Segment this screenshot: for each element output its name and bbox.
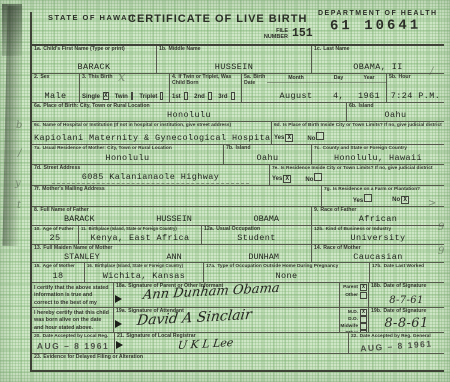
field-mother-residence: 7a.Usual Residence of Mother: City, Town…: [32, 145, 224, 164]
margin-mark: 9: [438, 222, 444, 233]
field-child-last-name: 1c.Last Name OBAMA, II: [312, 46, 444, 73]
birth-certificate-document: STATE OF HAWAII CERTIFICATE OF LIVE BIRT…: [0, 0, 450, 382]
father-race-value: African: [314, 214, 442, 225]
mother-occupation-value: None: [206, 271, 367, 282]
father-occupation-value: Student: [204, 233, 309, 244]
residence-limits-yes-checkbox: X: [283, 175, 291, 183]
row-parent-signature: I certify that the above stated informat…: [32, 283, 444, 308]
field-date-last-worked: 17b.Date Last Worked: [370, 263, 444, 282]
file-number-label: FILE NUMBER: [258, 28, 288, 41]
handwritten-tick: /: [430, 66, 433, 77]
birth-month-value: August: [267, 91, 325, 102]
signature-arrow-icon: [115, 295, 122, 303]
triplet-checkbox: [160, 92, 163, 100]
sex-value: Male: [34, 91, 77, 102]
field-parent-signature: 18a.Signature of Parent or Other Informa…: [114, 283, 340, 307]
midwife-checkbox: [360, 323, 367, 330]
row-father-details: 10.Age of Father 25 11.Birthplace (Islan…: [32, 226, 444, 245]
field-father-race: 9.Race of Father African: [312, 207, 444, 225]
second-born-checkbox: [208, 92, 212, 100]
reg-general-date-stamp: AUG – 8 1961: [351, 338, 443, 353]
margin-mark: 9: [438, 246, 444, 257]
field-place-of-birth: 6a.Place of Birth: City, Town or Rural L…: [32, 103, 347, 121]
residence-limits-no-checkbox: [314, 173, 322, 181]
field-farm-plantation: 7g.Is Residence on a Farm or Plantation?…: [322, 186, 444, 206]
field-date-accepted-local: 20.Date Accepted by Local Reg. AUG – 8 1…: [32, 333, 115, 353]
field-twin-order: 4.If Twin or Triplet, Was Child Born 1st…: [170, 74, 242, 102]
row-hospital: 6c.Name of Hospital or Institution (If n…: [32, 122, 444, 145]
birth-limits-yes-checkbox: X: [285, 134, 293, 142]
parent-signature-value: Ann Dunham Obama: [142, 283, 339, 303]
row-child-name: 1a.Child's First Name (Type or print) BA…: [32, 46, 444, 74]
field-registrar-signature: 21.Signature of Local Registrar U K L Le…: [115, 333, 349, 353]
mother-age-value: 18: [34, 271, 82, 282]
father-age-value: 25: [34, 233, 76, 244]
field-evidence: 23.Evidence for Delayed Filing or Altera…: [32, 354, 444, 370]
field-parent-signature-date: 18b.Date of Signature 8-7-61: [369, 283, 444, 307]
hospital-value: Kapiolani Maternity & Gynecological Hosp…: [34, 133, 269, 144]
farm-no-checkbox: X: [401, 196, 409, 204]
place-of-birth-value: Honolulu: [34, 110, 344, 121]
field-residence-island: 7b.Island Oahu: [224, 145, 312, 164]
md-checkbox: X: [360, 309, 367, 316]
margin-mark: /: [18, 148, 21, 159]
other-informant-checkbox: [360, 292, 367, 299]
attendant-signature-value: David A Sinclair: [136, 308, 339, 329]
field-father-name: 8.Full Name of Father BARACK HUSSEIN OBA…: [32, 207, 312, 225]
row-father-name: 8.Full Name of Father BARACK HUSSEIN OBA…: [32, 207, 444, 226]
field-father-age: 10.Age of Father 25: [32, 226, 79, 244]
row-birth-details: 2.Sex Male 3.This Birth SingleX Twin Tri…: [32, 74, 444, 103]
certificate-number-stamp: 61 10641: [330, 18, 421, 35]
field-attendant-signature: 19a.Signature of Attendant David A Sincl…: [114, 308, 340, 332]
row-evidence: 23.Evidence for Delayed Filing or Altera…: [32, 354, 444, 370]
field-birth-date: 5a.Birth Date Month August Day 4, Year 1…: [242, 74, 387, 102]
father-last-name-value: OBAMA: [253, 214, 279, 224]
local-reg-date-stamp: AUG – 8 1961: [34, 341, 112, 353]
mother-birthplace-value: Wichita, Kansas: [87, 271, 201, 282]
field-county-state: 7c.County and State or Foreign Country H…: [312, 145, 444, 164]
mailing-address-value: [34, 205, 319, 206]
row-residence: 7a.Usual Residence of Mother: City, Town…: [32, 145, 444, 165]
father-middle-name-value: HUSSEIN: [156, 214, 192, 224]
margin-mark: t: [17, 200, 21, 211]
handwritten-x-mark: x: [118, 70, 125, 85]
child-first-name-value: BARACK: [34, 62, 154, 73]
field-child-first-name: 1a.Child's First Name (Type or print) BA…: [32, 46, 157, 73]
paper-corner-shadow: [2, 4, 22, 56]
hour-value: 7:24 P.M.: [389, 91, 442, 102]
field-father-industry: 12b.Kind of Business or Industry Univers…: [312, 226, 444, 244]
field-mother-occupation: 17a.Type of Occupation Outside Home Duri…: [204, 263, 370, 282]
date-last-worked-value: [372, 281, 442, 282]
row-attendant-signature: I hereby certify that this child was bor…: [32, 308, 444, 333]
do-checkbox: [360, 316, 367, 323]
field-attendant-signature-date: 19b.Date of Signature 8-8-61: [369, 308, 444, 332]
father-industry-value: University: [314, 233, 442, 244]
row-place-of-birth: 6a.Place of Birth: City, Town or Rural L…: [32, 103, 444, 122]
row-street-address: 7d.Street Address 6085 Kalanianaole High…: [32, 165, 444, 186]
island-value: Oahu: [349, 110, 442, 121]
signature-arrow-icon: [115, 320, 122, 328]
child-last-name-value: OBAMA, II: [314, 62, 442, 73]
single-checkbox: X: [103, 92, 109, 100]
row-mailing-address: 7f.Mother's Mailing Address 7g.Is Reside…: [32, 186, 444, 207]
residence-island-value: Oahu: [226, 153, 309, 164]
child-middle-name-value: HUSSEIN: [159, 62, 309, 73]
field-date-accepted-general: 22.Date Accepted by Reg. General AUG – 8…: [349, 333, 444, 353]
other-attendant-checkbox: [360, 330, 367, 332]
field-hospital: 6c.Name of Hospital or Institution (If n…: [32, 122, 272, 144]
margin-mark: y: [15, 178, 21, 189]
field-hour: 5b.Hour 7:24 P.M.: [387, 74, 444, 102]
county-state-value: Honolulu, Hawaii: [314, 153, 442, 164]
field-island: 6b.Island Oahu: [347, 103, 444, 121]
mother-middle-name-value: ANN: [166, 252, 181, 262]
parent-certification-text: I certify that the above stated informat…: [32, 283, 114, 307]
field-sex: 2.Sex Male: [32, 74, 80, 102]
field-residence-in-limits: 7e.Is Residence Inside City or Town Limi…: [270, 165, 444, 185]
third-born-checkbox: [231, 92, 235, 100]
field-mother-birthplace: 16.Birthplace (Island, State or Foreign …: [85, 263, 204, 282]
field-child-middle-name: 1b.Middle Name HUSSEIN: [157, 46, 312, 73]
mother-last-name-value: DUNHAM: [248, 252, 279, 262]
margin-mark: b: [16, 120, 22, 131]
row-mother-name: 13.Full Maiden Name of Mother STANLEY AN…: [32, 245, 444, 263]
signature-arrow-icon: [116, 341, 123, 349]
field-mother-age: 15.Age of Mother 18: [32, 263, 85, 282]
handwritten-tick: >: [428, 198, 436, 209]
field-father-birthplace: 11.Birthplace (Island, State or Foreign …: [79, 226, 202, 244]
field-birth-in-limits: 6d.Is Place of Birth Inside City or Town…: [272, 122, 444, 144]
certificate-title: CERTIFICATE OF LIVE BIRTH: [128, 13, 307, 25]
file-number-value: 151: [292, 27, 313, 40]
mother-residence-value: Honolulu: [34, 153, 221, 164]
field-mailing-address: 7f.Mother's Mailing Address: [32, 186, 322, 206]
attendant-certification-text: I hereby certify that this child was bor…: [32, 308, 114, 332]
state-heading: STATE OF HAWAII: [48, 13, 135, 22]
parent-checkbox: X: [360, 284, 367, 291]
farm-yes-checkbox: [364, 194, 372, 202]
field-street-address: 7d.Street Address 6085 Kalanianaole High…: [32, 165, 270, 185]
father-birthplace-value: Kenya, East Africa: [81, 233, 199, 244]
first-born-checkbox: [184, 92, 188, 100]
parent-signature-date-value: 8-7-61: [371, 295, 442, 307]
field-father-occupation: 12a.Usual Occupation Student: [202, 226, 312, 244]
birth-day-value: 4,: [325, 91, 352, 102]
field-mother-name: 13.Full Maiden Name of Mother STANLEY AN…: [32, 245, 312, 262]
field-mother-race: 14.Race of Mother Caucasian: [312, 245, 444, 262]
parent-other-checkboxes: ParentX Other: [340, 283, 369, 307]
mother-first-name-value: STANLEY: [64, 252, 100, 262]
attendant-signature-date-value: 8-8-61: [371, 316, 442, 332]
twin-checkbox: [131, 92, 134, 100]
attendant-type-checkboxes: M.D.X D.O. Midwife Other: [340, 308, 369, 332]
row-mother-details: 15.Age of Mother 18 16.Birthplace (Islan…: [32, 263, 444, 283]
mother-race-value: Caucasian: [314, 252, 442, 262]
father-first-name-value: BARACK: [64, 214, 95, 224]
left-rule: [30, 12, 32, 44]
department-heading: DEPARTMENT OF HEALTH: [318, 10, 438, 17]
street-address-value: 6085 Kalanianaole Highway: [52, 172, 249, 184]
row-registrar: 20.Date Accepted by Local Reg. AUG – 8 1…: [32, 333, 444, 354]
birth-limits-no-checkbox: [316, 132, 324, 140]
certificate-form: 1a.Child's First Name (Type or print) BA…: [30, 44, 444, 372]
birth-year-value: 1961: [352, 91, 386, 102]
